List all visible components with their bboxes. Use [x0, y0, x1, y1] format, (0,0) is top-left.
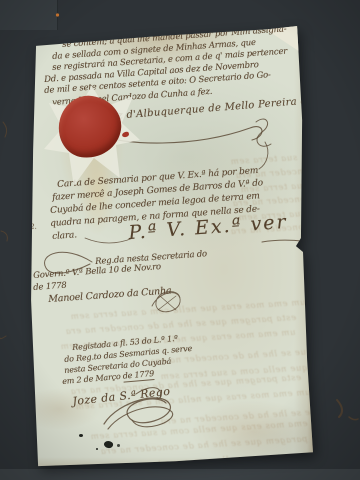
registration-line-2: Govern.º V.ª Bella 10 de Nov.ro: [33, 263, 161, 280]
ink-blot: [96, 448, 98, 450]
governor-paraph-flourish: [256, 119, 271, 146]
registry-date-underlined: de 1779: [122, 369, 154, 383]
manuscript-page: um ema mos eras que nella com a sua terr…: [24, 22, 318, 472]
manuscript-wrapper: um ema mos eras que nella com a sua terr…: [0, 0, 360, 480]
clara-flourish: [85, 238, 133, 243]
bleedthrough-line: um ema mos eras que nella com a sua terr…: [230, 143, 360, 167]
margin-mark: 2.: [30, 224, 37, 231]
ink-blot: [79, 434, 83, 437]
registration-line-3: de 1778: [33, 282, 67, 293]
summary-line-5: clara.: [52, 231, 77, 242]
docket-trailing-swash: [262, 240, 318, 250]
photograph-scene: um ema mos eras que nella com a sua terr…: [0, 0, 360, 480]
ink-blot: [117, 444, 120, 447]
